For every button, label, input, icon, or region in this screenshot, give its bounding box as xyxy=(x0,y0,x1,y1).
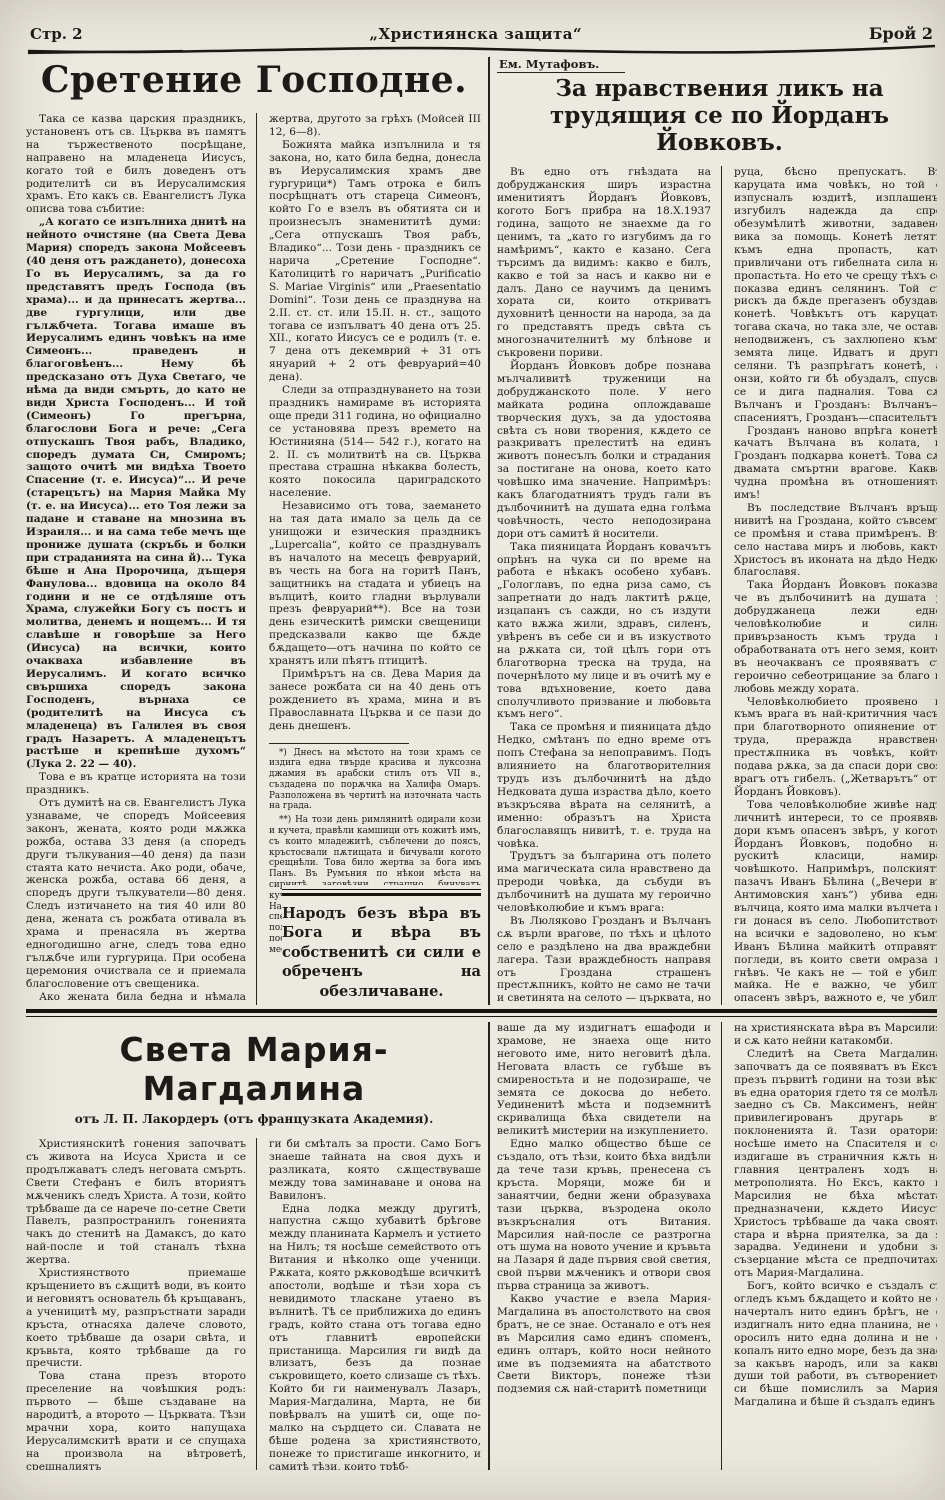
magdalina-right-half: ваше да му издигнатъ ешафоди и храмове, … xyxy=(488,1022,937,1470)
text-column: Така се казва царския праздникъ, установ… xyxy=(26,113,246,1005)
paragraph: Една лодка между другитѣ, напустна сѫщо … xyxy=(269,1203,481,1470)
paragraph: Християнскитѣ гонения започватъ съ живот… xyxy=(26,1138,246,1267)
page-header: Стр. 2 „Християнска защита“ Брой 2 xyxy=(26,24,937,43)
text-column: ваше да му издигнатъ ешафоди и храмове, … xyxy=(497,1022,711,1470)
text-column: руца, бѣсно препускатъ. Въ каруцата има … xyxy=(721,166,937,1005)
paragraph: Отъ думитѣ на св. Евангелистъ Лука узнав… xyxy=(26,797,246,991)
paragraph: ги би смѣталъ за прости. Само Богъ знаеш… xyxy=(269,1138,481,1203)
text-column: Въ едно отъ гнѣздата на добруджанския ши… xyxy=(497,166,711,1005)
paragraph: на християнската вѣра въ Марсилия и сѫ к… xyxy=(734,1022,937,1048)
paragraph: Трудътъ за българина отъ полето има маги… xyxy=(497,850,711,915)
article-yovkov: Ем. Мутафовъ. За нравствения ликъ на тру… xyxy=(488,57,937,1005)
paragraph: Божията майка изпълнила и тя закона, но,… xyxy=(269,139,481,384)
callout-rule xyxy=(282,889,481,896)
text-column: Християнскитѣ гонения започватъ съ живот… xyxy=(26,1138,246,1470)
article-magdalina: Света Мария-Магдалина отъ Л. П. Лакордер… xyxy=(26,1022,937,1470)
paragraph: Въ едно отъ гнѣздата на добруджанския ши… xyxy=(497,166,711,360)
paragraph: Следи за отпразднуването на този праздни… xyxy=(269,384,481,500)
footnote-rule xyxy=(269,743,409,744)
callout-text: Народъ безъ вѣра въ Бога и вѣра въ собст… xyxy=(282,904,481,1002)
author-byline: Ем. Мутафовъ. xyxy=(497,57,625,73)
callout-block: Народъ безъ вѣра въ Бога и вѣра въ собст… xyxy=(282,885,481,1002)
paragraph: „А когато се изпълниха днитѣ на нейното … xyxy=(26,216,246,771)
paragraph: Така се казва царския праздникъ, установ… xyxy=(26,113,246,216)
text-column: на християнската вѣра въ Марсилия и сѫ к… xyxy=(721,1022,937,1470)
header-rule xyxy=(26,43,937,57)
section-divider xyxy=(26,1009,937,1017)
paragraph: Това стана презъ второто преселение на ч… xyxy=(26,1370,246,1470)
paragraph: руца, бѣсно препускатъ. Въ каруцата има … xyxy=(734,166,937,424)
yovkov-columns: Въ едно отъ гнѣздата на добруджанския ши… xyxy=(497,166,937,1005)
upper-articles: Сретение Господне. Така се казва царския… xyxy=(26,57,937,1005)
magdalina-left-half: Света Мария-Магдалина отъ Л. П. Лакордер… xyxy=(26,1022,482,1470)
paragraph: Така Йорданъ Йовковъ показва, че въ дълб… xyxy=(734,579,937,695)
paragraph: Така пияницата Йорданъ ковачътъ опрѣнъ н… xyxy=(497,541,711,722)
paragraph: Въ последствие Вълчанъ връща нивитѣ на Г… xyxy=(734,502,937,579)
paragraph: Християнството приемаше кръщението въ сѫ… xyxy=(26,1267,246,1370)
paragraph: Йорданъ Йовковъ добре познава мълчаливит… xyxy=(497,360,711,541)
paragraph: Въ Люляково Грозданъ и Вълчанъ сѫ върли … xyxy=(497,915,711,1005)
paragraph: Человѣколюбието проявено и къмъ врага въ… xyxy=(734,696,937,799)
newspaper-page: Стр. 2 „Християнска защита“ Брой 2 Срете… xyxy=(0,0,945,1500)
paragraph: ваше да му издигнатъ ешафоди и храмове, … xyxy=(497,1022,711,1138)
article-title-sretenie: Сретение Господне. xyxy=(26,59,482,101)
paragraph: Това е въ кратце историята на този празд… xyxy=(26,771,246,797)
paragraph: Какво участие е взела Мария-Магдалина въ… xyxy=(497,1293,711,1396)
paragraph: Богъ, който всичко е създалъ съ огледъ к… xyxy=(734,1280,937,1409)
page-number: Стр. 2 xyxy=(30,25,83,43)
paragraph: Едно малко общество бѣше се създало, отъ… xyxy=(497,1138,711,1293)
magdalina-columns-left: Християнскитѣ гонения започватъ съ живот… xyxy=(26,1138,482,1470)
paragraph: жертва, другото за грѣхъ (Мойсей III 12,… xyxy=(269,113,481,139)
article-title-magdalina: Света Мария-Магдалина xyxy=(26,1030,482,1108)
paragraph: Независимо отъ това, заемането на тая да… xyxy=(269,500,481,668)
text-column: ги би смѣталъ за прости. Само Богъ знаеш… xyxy=(256,1138,481,1470)
issue-number: Брой 2 xyxy=(869,24,933,43)
paragraph: Грозданъ наново впрѣга конетѣ, качатъ Въ… xyxy=(734,425,937,502)
paragraph: Следитѣ на Света Магдалина започватъ да … xyxy=(734,1048,937,1280)
text-column: жертва, другото за грѣхъ (Мойсей III 12,… xyxy=(256,113,481,1005)
paragraph: Така се промѣня и пияницата дѣдо Недко, … xyxy=(497,721,711,850)
masthead: „Християнска защита“ xyxy=(369,25,582,43)
article-sretenie: Сретение Господне. Така се казва царския… xyxy=(26,57,482,1005)
footnote: *) Днесъ на мѣстото на този храмъ се изд… xyxy=(269,748,481,813)
article-title-yovkov: За нравствения ликъ на трудящия се по Йо… xyxy=(505,75,934,156)
article-subtitle-magdalina: отъ Л. П. Лакордеръ (отъ французката Ака… xyxy=(26,1112,482,1126)
paragraph: Ако жената била бедна и нѣмала агне, то … xyxy=(26,991,246,1005)
magdalina-columns-right: ваше да му издигнатъ ешафоди и храмове, … xyxy=(497,1022,937,1470)
paragraph: Примѣрътъ на св. Дева Мария да занесе ро… xyxy=(269,668,481,733)
paragraph: Това человѣколюбие живѣе надъ личнитѣ ин… xyxy=(734,799,937,1005)
sretenie-columns: Така се казва царския праздникъ, установ… xyxy=(26,113,482,1005)
